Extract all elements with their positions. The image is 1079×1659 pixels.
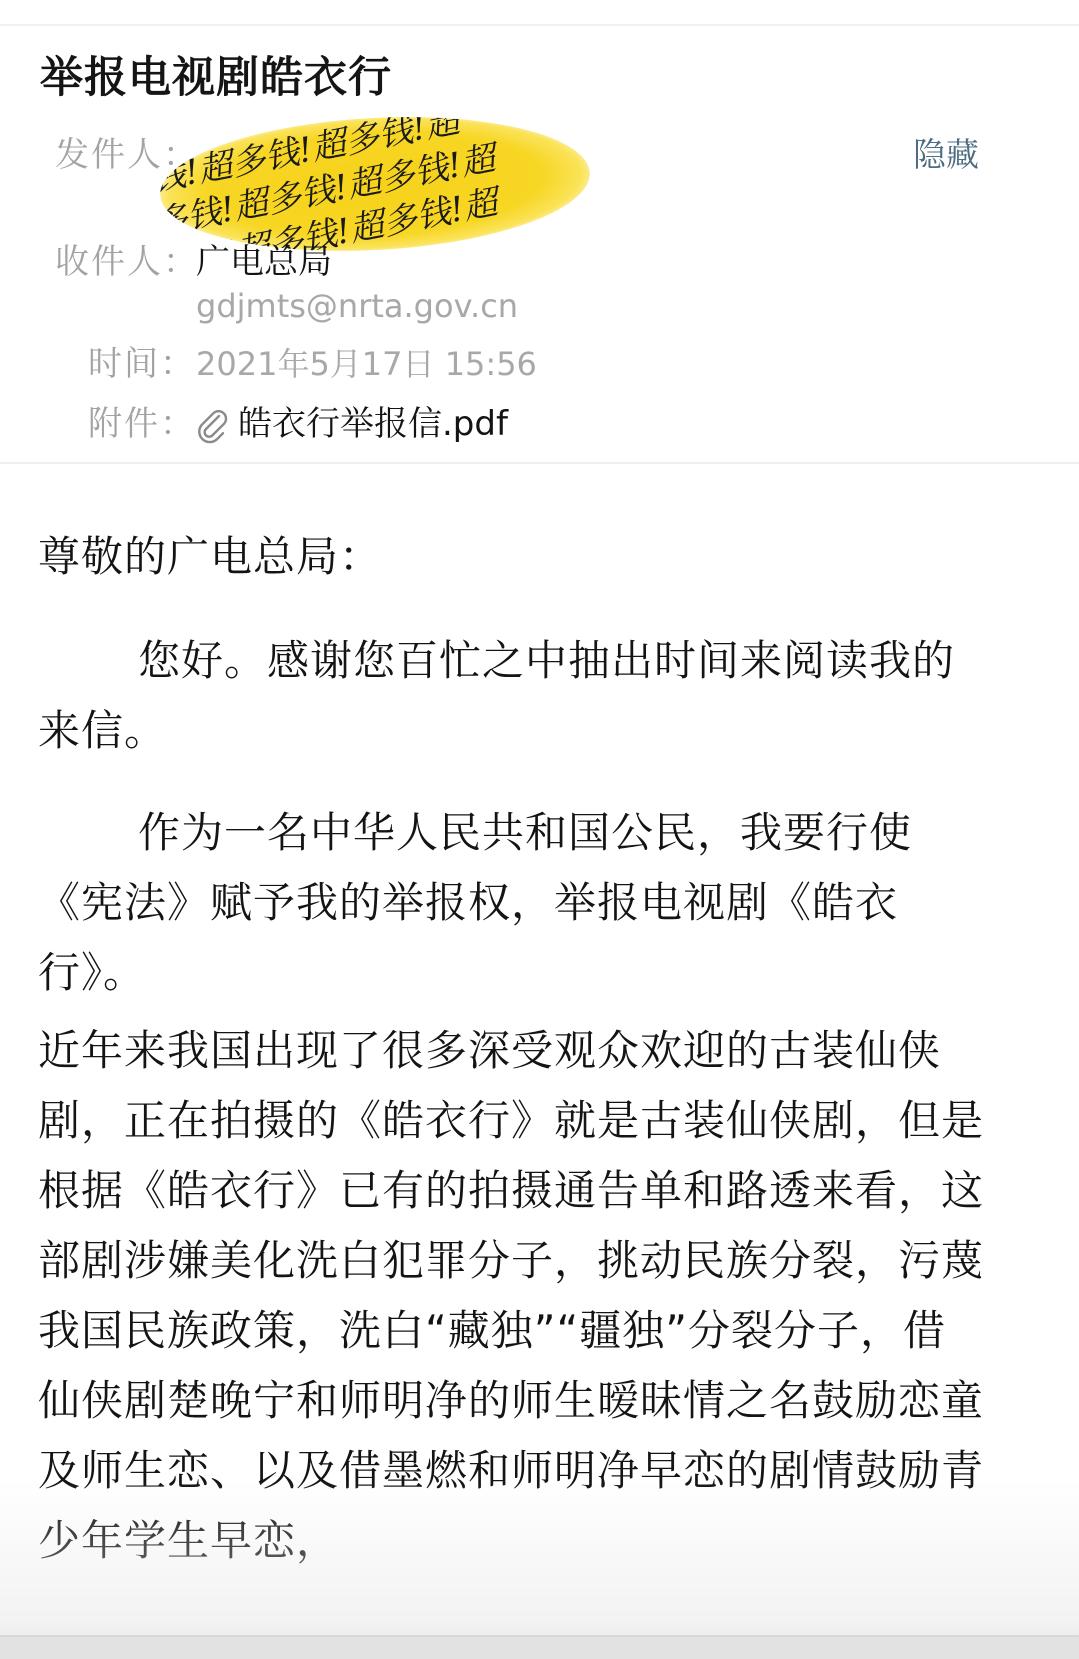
- attachment-file-link[interactable]: 皓衣行举报信.pdf: [238, 402, 508, 446]
- hide-details-link[interactable]: 隐藏: [913, 133, 979, 177]
- letter-salutation: 尊敬的广电总局：: [38, 522, 988, 592]
- letter-paragraph: 您好。感谢您百忙之中抽出时间来阅读我的来信。: [38, 626, 988, 766]
- recipient-name[interactable]: 广电总局: [196, 240, 332, 284]
- letter-paragraph: 近年来我国出现了很多深受观众欢迎的古装仙侠剧，正在拍摄的《皓衣行》就是古装仙侠剧…: [38, 1016, 988, 1576]
- recipient-label: 收件人：: [55, 240, 199, 284]
- top-divider: [0, 24, 1079, 26]
- paperclip-icon: [195, 408, 231, 444]
- letter-paragraph: 作为一名中华人民共和国公民，我要行使《宪法》赋予我的举报权，举报电视剧《皓衣行》…: [38, 798, 988, 1008]
- email-subject: 举报电视剧皓衣行: [40, 50, 392, 106]
- recipient-address[interactable]: gdjmts@nrta.gov.cn: [196, 284, 518, 328]
- header-body-divider: [0, 462, 1079, 464]
- bottom-edge-bar: [0, 1635, 1079, 1659]
- time-label: 时间：: [88, 342, 196, 386]
- sender-redaction-sticker: 钱!超多钱!超多钱!超 多钱!超多钱!超多钱!超 多钱!超多钱!超多钱!超: [157, 107, 593, 261]
- sent-time: 2021年5月17日 15:56: [196, 342, 537, 386]
- attachment-label: 附件：: [88, 402, 196, 446]
